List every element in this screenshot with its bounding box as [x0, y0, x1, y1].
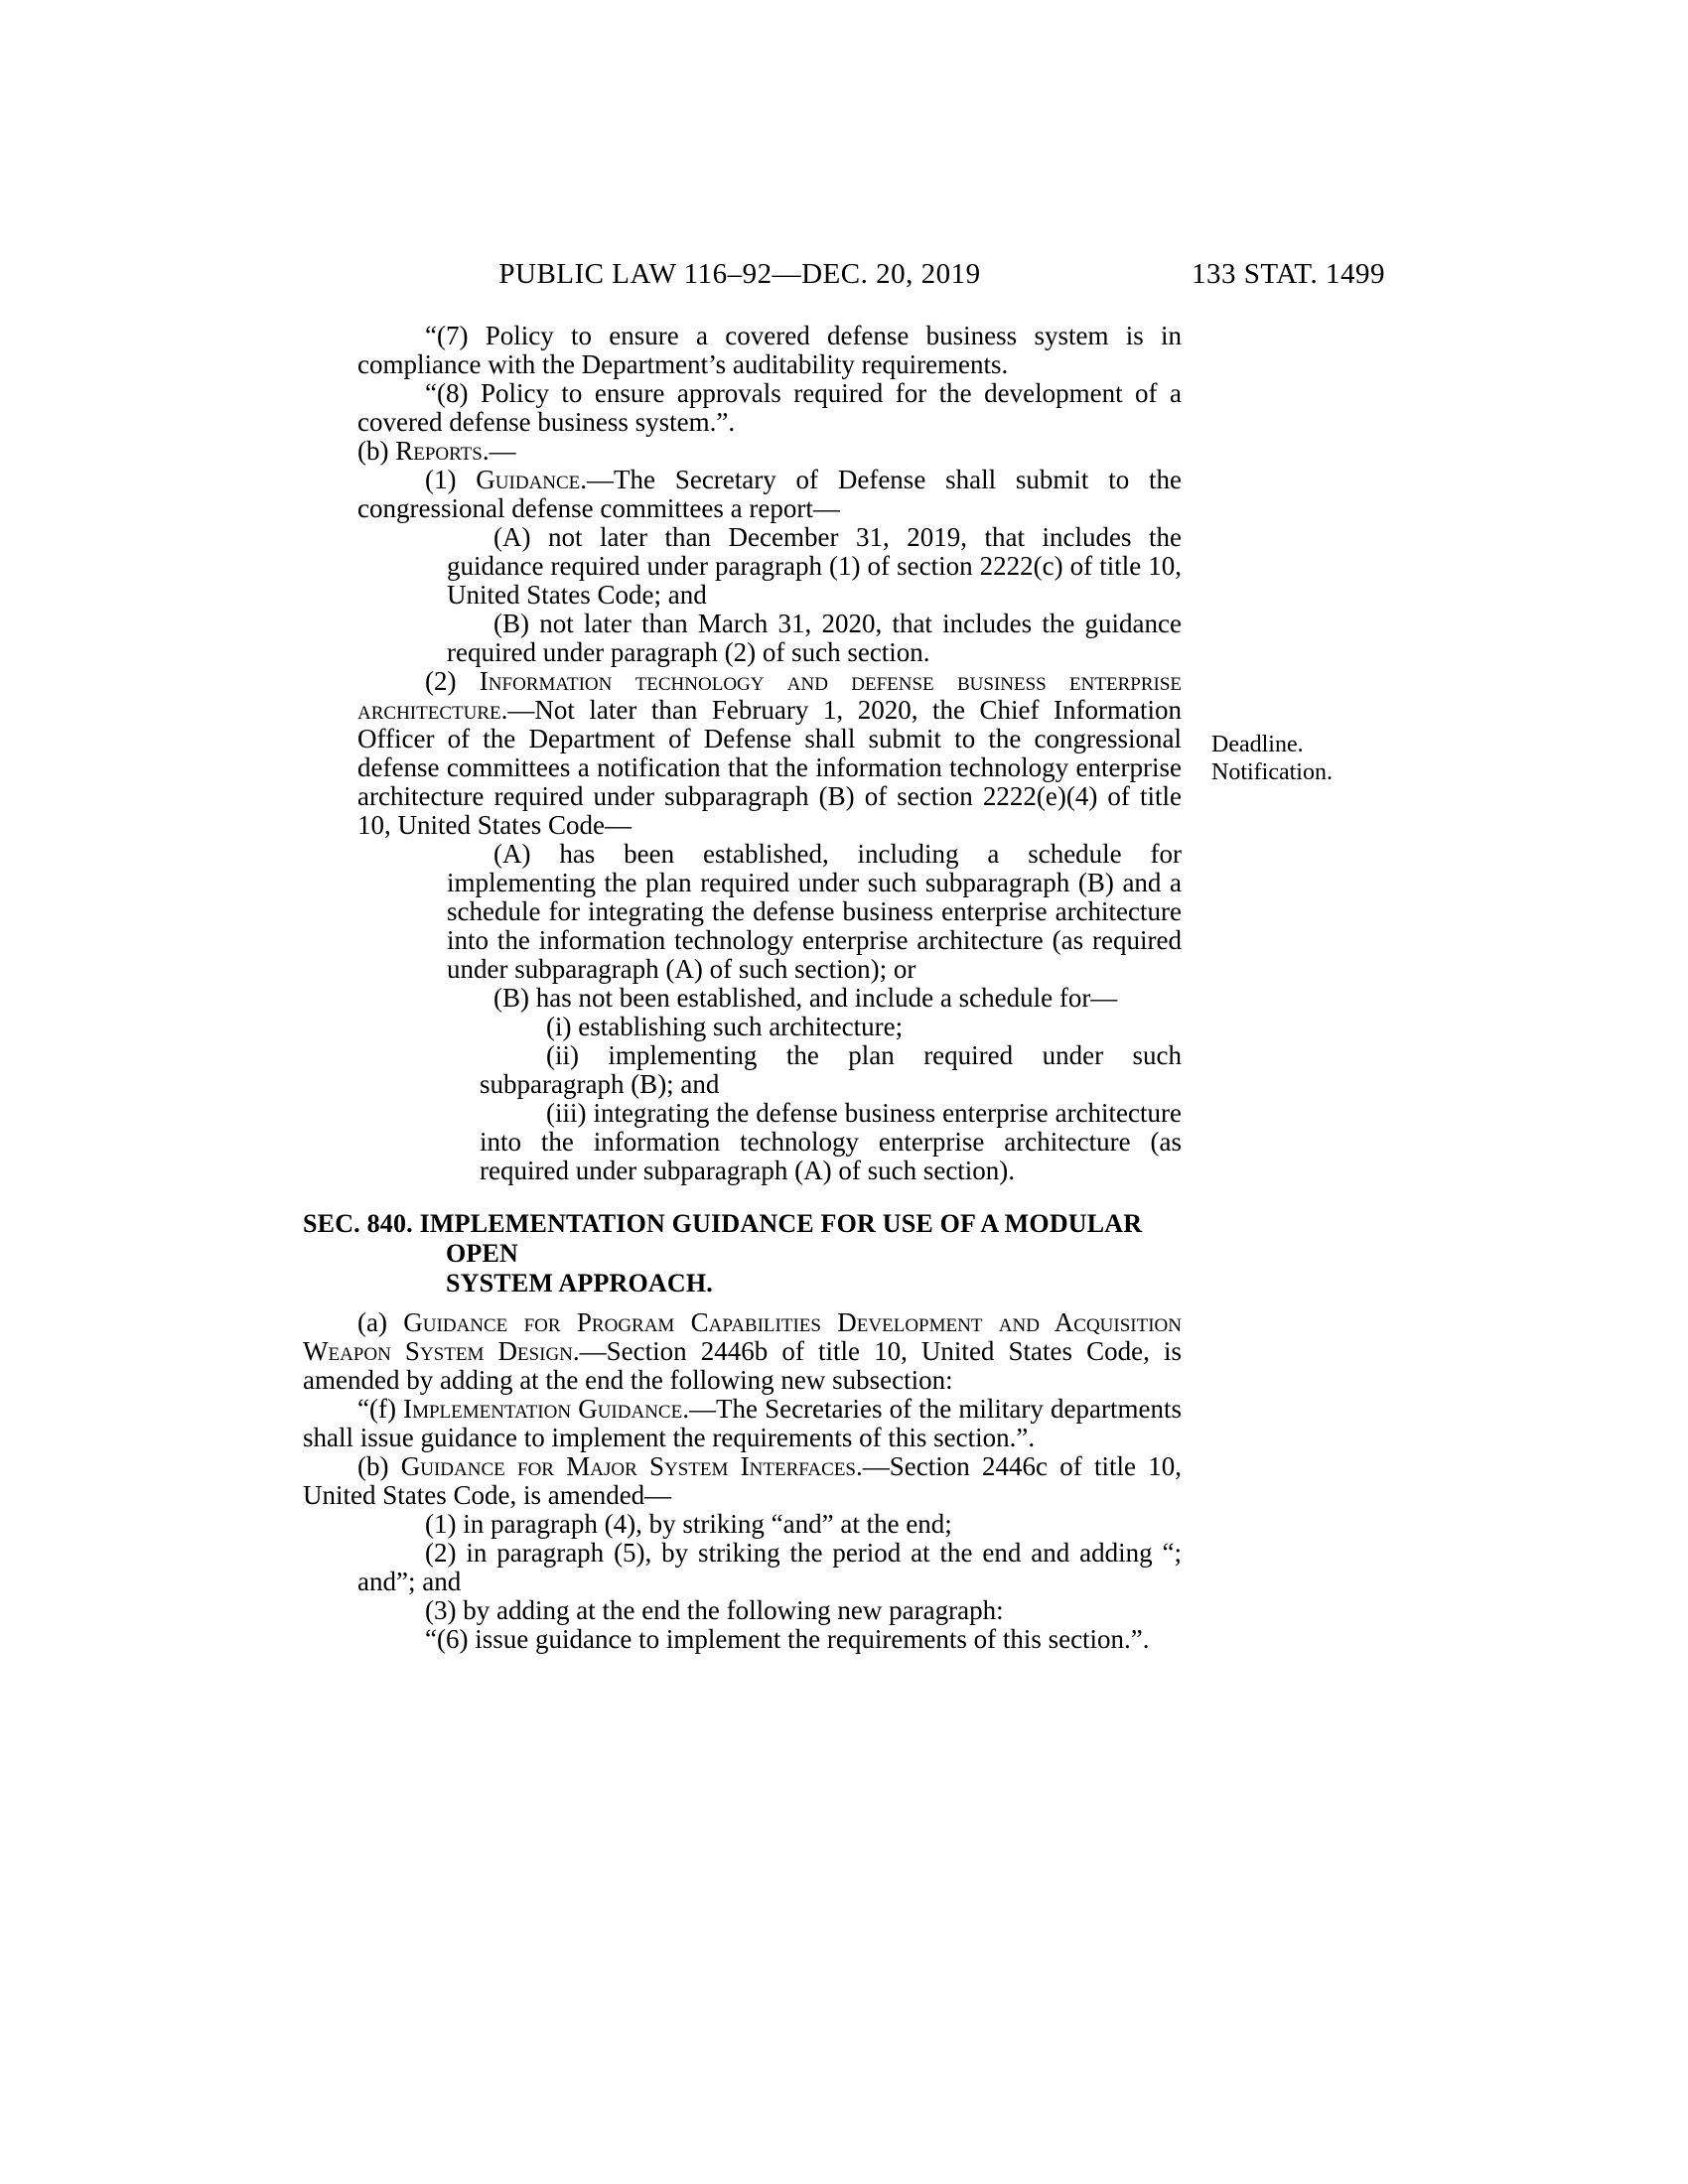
- par-1-guidance: (1) Guidance.—The Secretary of Defense s…: [357, 466, 1182, 523]
- quoted-subsec-f-implementation: “(f) Implementation Guidance.—The Secret…: [303, 1395, 1182, 1452]
- running-header-law-title: PUBLIC LAW 116–92—DEC. 20, 2019: [303, 258, 1177, 290]
- clause-iii-integrating: (iii) integrating the defense business e…: [480, 1099, 1182, 1185]
- text-segment: (2): [425, 666, 480, 696]
- margin-note: Deadline.Notification.: [1211, 731, 1333, 786]
- text-segment: “(8) Policy to ensure approvals required…: [357, 378, 1182, 437]
- margin-note-line: Notification.: [1211, 758, 1333, 786]
- text-segment: (A) has been established, including a sc…: [447, 839, 1182, 984]
- subsec-b-major-system-interfaces: (b) Guidance for Major System Interfaces…: [303, 1452, 1182, 1510]
- text-segment: (ii) implementing the plan required unde…: [480, 1040, 1182, 1099]
- text-segment: Guidance for Major System Interfaces: [401, 1451, 856, 1481]
- text-segment: (1): [425, 465, 476, 494]
- text-segment: SEC. 840. IMPLEMENTATION GUIDANCE FOR US…: [303, 1209, 1142, 1268]
- par-2-striking-period: (2) in paragraph (5), by striking the pe…: [357, 1539, 1182, 1596]
- subsec-b-reports: (b) Reports.—: [357, 437, 1182, 466]
- quoted-par-7: “(7) Policy to ensure a covered defense …: [357, 322, 1182, 379]
- margin-note-line: Deadline.: [1211, 731, 1333, 758]
- text-segment: (B) not later than March 31, 2020, that …: [447, 609, 1182, 667]
- running-header-stat-citation: 133 STAT. 1499: [1192, 258, 1385, 290]
- subpar-b-march-deadline: (B) not later than March 31, 2020, that …: [447, 610, 1182, 667]
- text-segment: SYSTEM APPROACH.: [446, 1269, 713, 1297]
- text-segment: (1) in paragraph (4), by striking “and” …: [425, 1509, 952, 1539]
- statute-page: PUBLIC LAW 116–92—DEC. 20, 2019 133 STAT…: [0, 0, 1688, 2184]
- running-header: PUBLIC LAW 116–92—DEC. 20, 2019 133 STAT…: [303, 258, 1385, 292]
- text-segment: .—: [483, 436, 516, 466]
- text-segment: Implementation Guidance: [403, 1394, 682, 1424]
- clause-ii-implementing: (ii) implementing the plan required unde…: [480, 1041, 1182, 1099]
- text-segment: “(6) issue guidance to implement the req…: [425, 1624, 1150, 1654]
- text-segment: (iii) integrating the defense business e…: [480, 1098, 1182, 1185]
- text-segment: (3) by adding at the end the following n…: [425, 1595, 1004, 1625]
- text-segment: “(7) Policy to ensure a covered defense …: [357, 321, 1182, 379]
- par-1-striking-and: (1) in paragraph (4), by striking “and” …: [357, 1510, 1182, 1539]
- text-segment: (b): [357, 1451, 401, 1481]
- quoted-par-6-issue-guidance: “(6) issue guidance to implement the req…: [357, 1625, 1182, 1654]
- subpar-a-december-deadline: (A) not later than December 31, 2019, th…: [447, 523, 1182, 610]
- subpar-a-established: (A) has been established, including a sc…: [447, 840, 1182, 984]
- text-segment: (b): [357, 436, 395, 466]
- quoted-par-8: “(8) Policy to ensure approvals required…: [357, 379, 1182, 437]
- text-segment: (B) has not been established, and includ…: [493, 983, 1117, 1013]
- text-segment: (2) in paragraph (5), by striking the pe…: [357, 1538, 1182, 1596]
- text-segment: Reports: [395, 436, 483, 466]
- text-segment: (a): [357, 1307, 403, 1337]
- subpar-b-not-established: (B) has not been established, and includ…: [447, 984, 1182, 1013]
- clause-i-establishing: (i) establishing such architecture;: [480, 1013, 1182, 1041]
- sec-840-heading: SEC. 840. IMPLEMENTATION GUIDANCE FOR US…: [303, 1209, 1182, 1298]
- par-2-it-architecture: (2) Information technology and defense b…: [357, 667, 1182, 840]
- par-3-adding-new-paragraph: (3) by adding at the end the following n…: [357, 1596, 1182, 1625]
- text-segment: (A) not later than December 31, 2019, th…: [447, 522, 1182, 610]
- text-segment: Guidance: [476, 465, 580, 494]
- text-segment: “(f): [357, 1394, 403, 1424]
- text-segment: (i) establishing such architecture;: [546, 1012, 903, 1041]
- subsec-a-guidance-design: (a) Guidance for Program Capabilities De…: [303, 1308, 1182, 1395]
- text-column: “(7) Policy to ensure a covered defense …: [303, 322, 1182, 1654]
